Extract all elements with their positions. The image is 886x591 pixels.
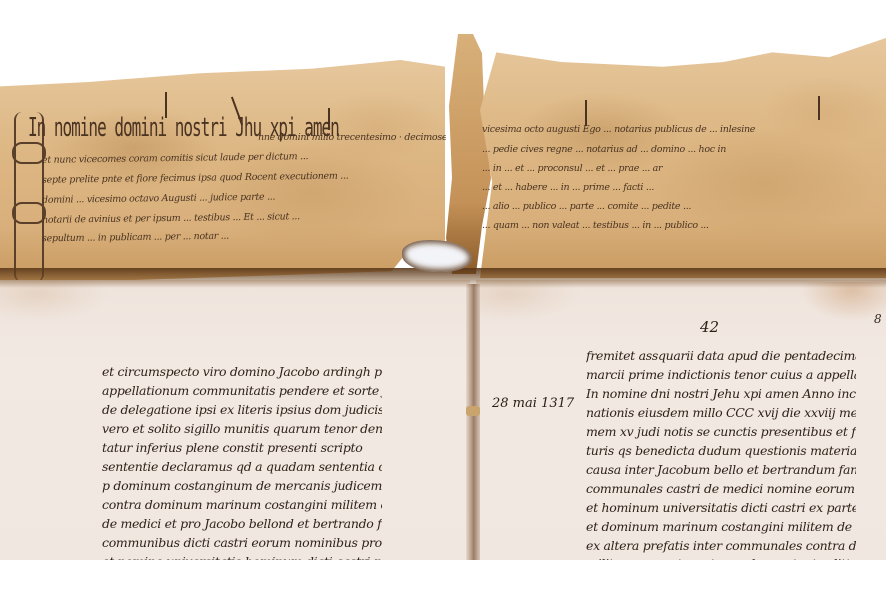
parchment-text-line: ... quam ... non valeat ... testibus ...… [482, 220, 822, 231]
parchment-text-line: ... alio ... publico ... parte ... comit… [482, 201, 882, 212]
book-gutter [466, 284, 480, 560]
book-text-line: marcii prime indictionis tenor cuius a a… [586, 367, 856, 382]
parchment-text-line: ... in ... et ... proconsul ... et ... p… [482, 163, 882, 174]
book-text-line: et circumspecto viro domino Jacobo ardin… [102, 364, 382, 379]
binding-thread [466, 406, 480, 416]
book-text-line: communibus dicti castri eorum nominibus … [102, 535, 382, 550]
book-text-line: tatur inferius plene constit presenti sc… [102, 440, 382, 455]
book-text-line: communales castri de medici nomine eorum… [586, 481, 856, 496]
book-text-line: appellationum communitatis pendere et so… [102, 383, 382, 398]
book-text-line: fremitet assquarii data apud die pentade… [586, 348, 856, 363]
book-text-line: et hominum universitatis dicti castri ex… [586, 500, 856, 515]
parchment-text-line: ... pedie cives regne ... notarius ad ..… [482, 144, 882, 155]
parchment-right-section [480, 38, 886, 278]
book-text-line: de delegatione ipsi ex literis ipsius do… [102, 402, 382, 417]
book-text-line: p dominum costanginum de mercanis judice… [102, 478, 382, 493]
ascender-stroke [165, 92, 167, 118]
book-text-line: causa inter Jacobum bello et bertrandum … [586, 462, 856, 477]
book-text-line: turis qs benedicta dudum questionis mate… [586, 443, 856, 458]
manuscript-photo: In nomine domini nostri Jhu xpi amen nne… [0, 0, 886, 560]
page-number: 42 [700, 318, 719, 336]
corner-mark: 8 [874, 312, 882, 326]
book-text-line: ex altera prefatis inter communales cont… [586, 538, 856, 553]
book-text-line: militem presentarunt quasdam patentes li… [586, 556, 856, 560]
book-text-line: et nomine universitatis hominum dicti ca… [102, 554, 382, 560]
book-text-line: mem xv judi notis se cunctis presentibus… [586, 424, 856, 439]
book-text-line: de medici et pro Jacobo bellond et bertr… [102, 516, 382, 531]
book-text-line: sententie declaramus qd a quadam sentent… [102, 459, 382, 474]
ascender-stroke [328, 108, 330, 130]
book-text-line: contra dominum marinum costangini milite… [102, 497, 382, 512]
parchment-text-line: nne domini millo trecentesimo · decimose… [258, 132, 446, 143]
margin-date-note: 28 mai 1317 [492, 396, 574, 411]
ascender-stroke [585, 100, 587, 126]
book-right-page [476, 280, 886, 560]
parchment-text-line: vicesima octo augusti Ego ... notarius p… [482, 124, 882, 135]
book-text-line: nationis eiusdem millo CCC xvij die xxvi… [586, 405, 856, 420]
book-text-line: et dominum marinum costangini militem de… [586, 519, 856, 534]
parchment-text-line: ... et ... habere ... in ... prime ... f… [482, 182, 882, 193]
ascender-stroke [818, 96, 820, 120]
book-text-line: In nomine dni nostri Jehu xpi amen Anno … [586, 386, 856, 401]
book-text-line: vero et solito sigillo munitis quarum te… [102, 421, 382, 436]
